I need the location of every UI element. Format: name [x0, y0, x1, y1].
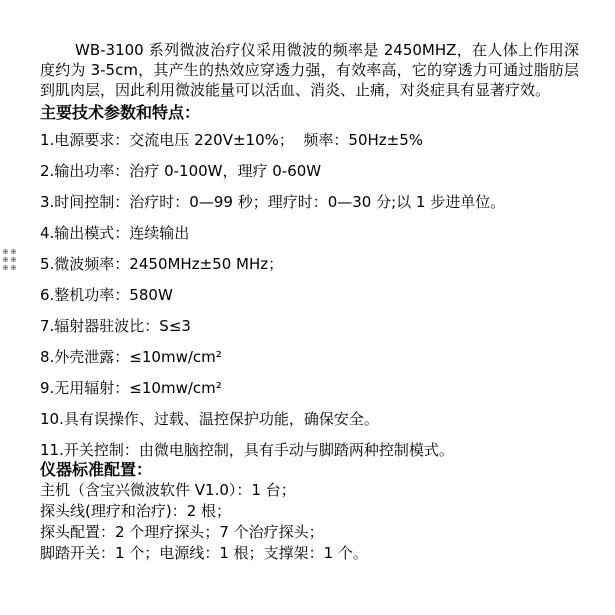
- handle-dot: [11, 249, 16, 254]
- config-line-probe-set: 探头配置：2 个理疗探头；7 个治疗探头；: [40, 522, 579, 543]
- spec-item-output-power: 2.输出功率：治疗 0-100W，理疗 0-60W: [40, 161, 579, 181]
- handle-dot: [3, 257, 8, 262]
- handle-dot: [3, 265, 8, 270]
- document-page: WB-3100 系列微波治疗仪采用微波的频率是 2450MHZ，在人体上作用深度…: [0, 0, 615, 615]
- spec-item-protection: 10.具有误操作、过载、温控保护功能，确保安全。: [40, 409, 579, 429]
- handle-dot: [11, 265, 16, 270]
- config-line-probe-cable: 探头线(理疗和治疗)：2 根；: [40, 501, 579, 522]
- spec-item-stray-radiation: 9.无用辐射：≤10mw/cm²: [40, 378, 579, 398]
- spec-item-switch-control: 11.开关控制：由微电脑控制，具有手动与脚踏两种控制模式。: [40, 440, 579, 460]
- spec-item-case-leakage: 8.外壳泄露：≤10mw/cm²: [40, 347, 579, 367]
- drag-handle-dots-icon[interactable]: [3, 249, 16, 270]
- config-section-heading: 仪器标准配置：: [40, 460, 579, 480]
- handle-dot: [3, 249, 8, 254]
- spec-item-output-mode: 4.输出模式：连续输出: [40, 223, 579, 243]
- handle-dot: [11, 257, 16, 262]
- intro-paragraph: WB-3100 系列微波治疗仪采用微波的频率是 2450MHZ，在人体上作用深度…: [40, 40, 579, 100]
- spec-section-heading: 主要技术参数和特点：: [40, 103, 579, 123]
- spec-item-microwave-frequency: 5.微波频率：2450MHz±50 MHz；: [40, 254, 579, 274]
- spec-item-total-power: 6.整机功率：580W: [40, 285, 579, 305]
- config-line-foot-switch: 脚踏开关：1 个；电源线：1 根；支撑架：1 个。: [40, 543, 579, 564]
- spec-item-time-control: 3.时间控制：治疗时：0—99 秒；理疗时：0—30 分;以 1 步进单位。: [40, 192, 579, 212]
- spec-item-vswr: 7.辐射器驻波比：S≤3: [40, 316, 579, 336]
- spec-item-power-requirement: 1.电源要求：交流电压 220V±10%； 频率：50Hz±5%: [40, 130, 579, 150]
- config-line-host: 主机（含宝兴微波软件 V1.0）：1 台；: [40, 480, 579, 501]
